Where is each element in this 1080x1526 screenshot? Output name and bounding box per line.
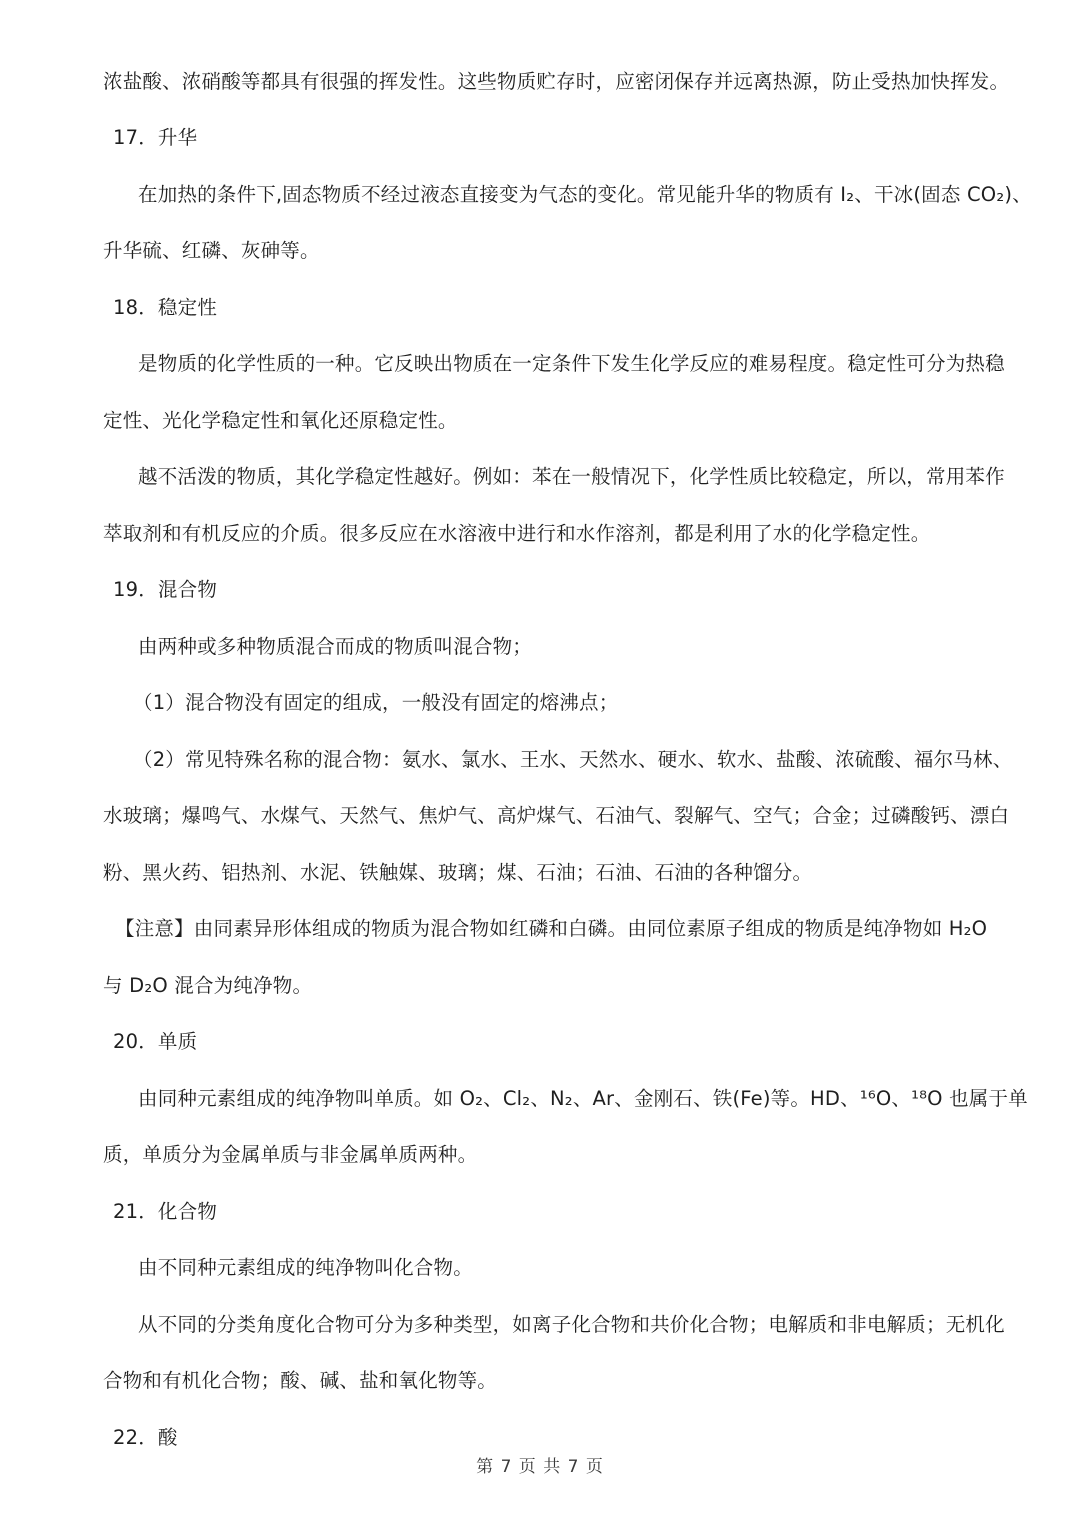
numbered-point-1: （1）混合物没有固定的组成，一般没有固定的熔沸点； — [103, 675, 983, 732]
paragraph-line: 由同种元素组成的纯净物叫单质。如 O₂、Cl₂、N₂、Ar、金刚石、铁(Fe)等… — [103, 1070, 983, 1127]
numbered-point-2: （2）常见特殊名称的混合物：氨水、氯水、王水、天然水、硬水、软水、盐酸、浓硫酸、… — [103, 731, 983, 788]
paragraph-line: 萃取剂和有机反应的介质。很多反应在水溶液中进行和水作溶剂，都是利用了水的化学稳定… — [103, 505, 983, 562]
paragraph-line: 质，单质分为金属单质与非金属单质两种。 — [103, 1127, 983, 1184]
paragraph-line: 升华硫、红磷、灰砷等。 — [103, 223, 983, 280]
page-number-label: 第 7 页 共 7 页 — [476, 1457, 604, 1477]
paragraph-line: 定性、光化学稳定性和氧化还原稳定性。 — [103, 392, 983, 449]
paragraph-line: 粉、黑火药、铝热剂、水泥、铁触媒、玻璃；煤、石油；石油、石油的各种馏分。 — [103, 844, 983, 901]
section-heading-19-mixture: 19．混合物 — [103, 562, 983, 619]
paragraph-line: 越不活泼的物质，其化学稳定性越好。例如：苯在一般情况下，化学性质比较稳定，所以，… — [103, 449, 983, 506]
section-heading-18-stability: 18．稳定性 — [103, 279, 983, 336]
note-line: 【注意】由同素异形体组成的物质为混合物如红磷和白磷。由同位素原子组成的物质是纯净… — [103, 901, 983, 958]
paragraph-line: 从不同的分类角度化合物可分为多种类型，如离子化合物和共价化合物；电解质和非电解质… — [103, 1296, 983, 1353]
section-heading-17-sublimation: 17．升华 — [103, 110, 983, 167]
paragraph-line: 与 D₂O 混合为纯净物。 — [103, 957, 983, 1014]
paragraph-line: 水玻璃；爆鸣气、水煤气、天然气、焦炉气、高炉煤气、石油气、裂解气、空气；合金；过… — [103, 788, 983, 845]
section-heading-20-element: 20．单质 — [103, 1014, 983, 1071]
paragraph-line: 浓盐酸、浓硝酸等都具有很强的挥发性。这些物质贮存时，应密闭保存并远离热源，防止受… — [103, 53, 983, 110]
section-heading-21-compound: 21．化合物 — [103, 1183, 983, 1240]
page-footer: 第 7 页 共 7 页 — [0, 1452, 1080, 1477]
paragraph-line: 由两种或多种物质混合而成的物质叫混合物； — [103, 618, 983, 675]
document-page: 浓盐酸、浓硝酸等都具有很强的挥发性。这些物质贮存时，应密闭保存并远离热源，防止受… — [0, 0, 1080, 1526]
paragraph-line: 在加热的条件下,固态物质不经过液态直接变为气态的变化。常见能升华的物质有 I₂、… — [103, 166, 983, 223]
page-body: 浓盐酸、浓硝酸等都具有很强的挥发性。这些物质贮存时，应密闭保存并远离热源，防止受… — [103, 53, 983, 1466]
paragraph-line: 合物和有机化合物；酸、碱、盐和氧化物等。 — [103, 1353, 983, 1410]
paragraph-line: 由不同种元素组成的纯净物叫化合物。 — [103, 1240, 983, 1297]
paragraph-line: 是物质的化学性质的一种。它反映出物质在一定条件下发生化学反应的难易程度。稳定性可… — [103, 336, 983, 393]
